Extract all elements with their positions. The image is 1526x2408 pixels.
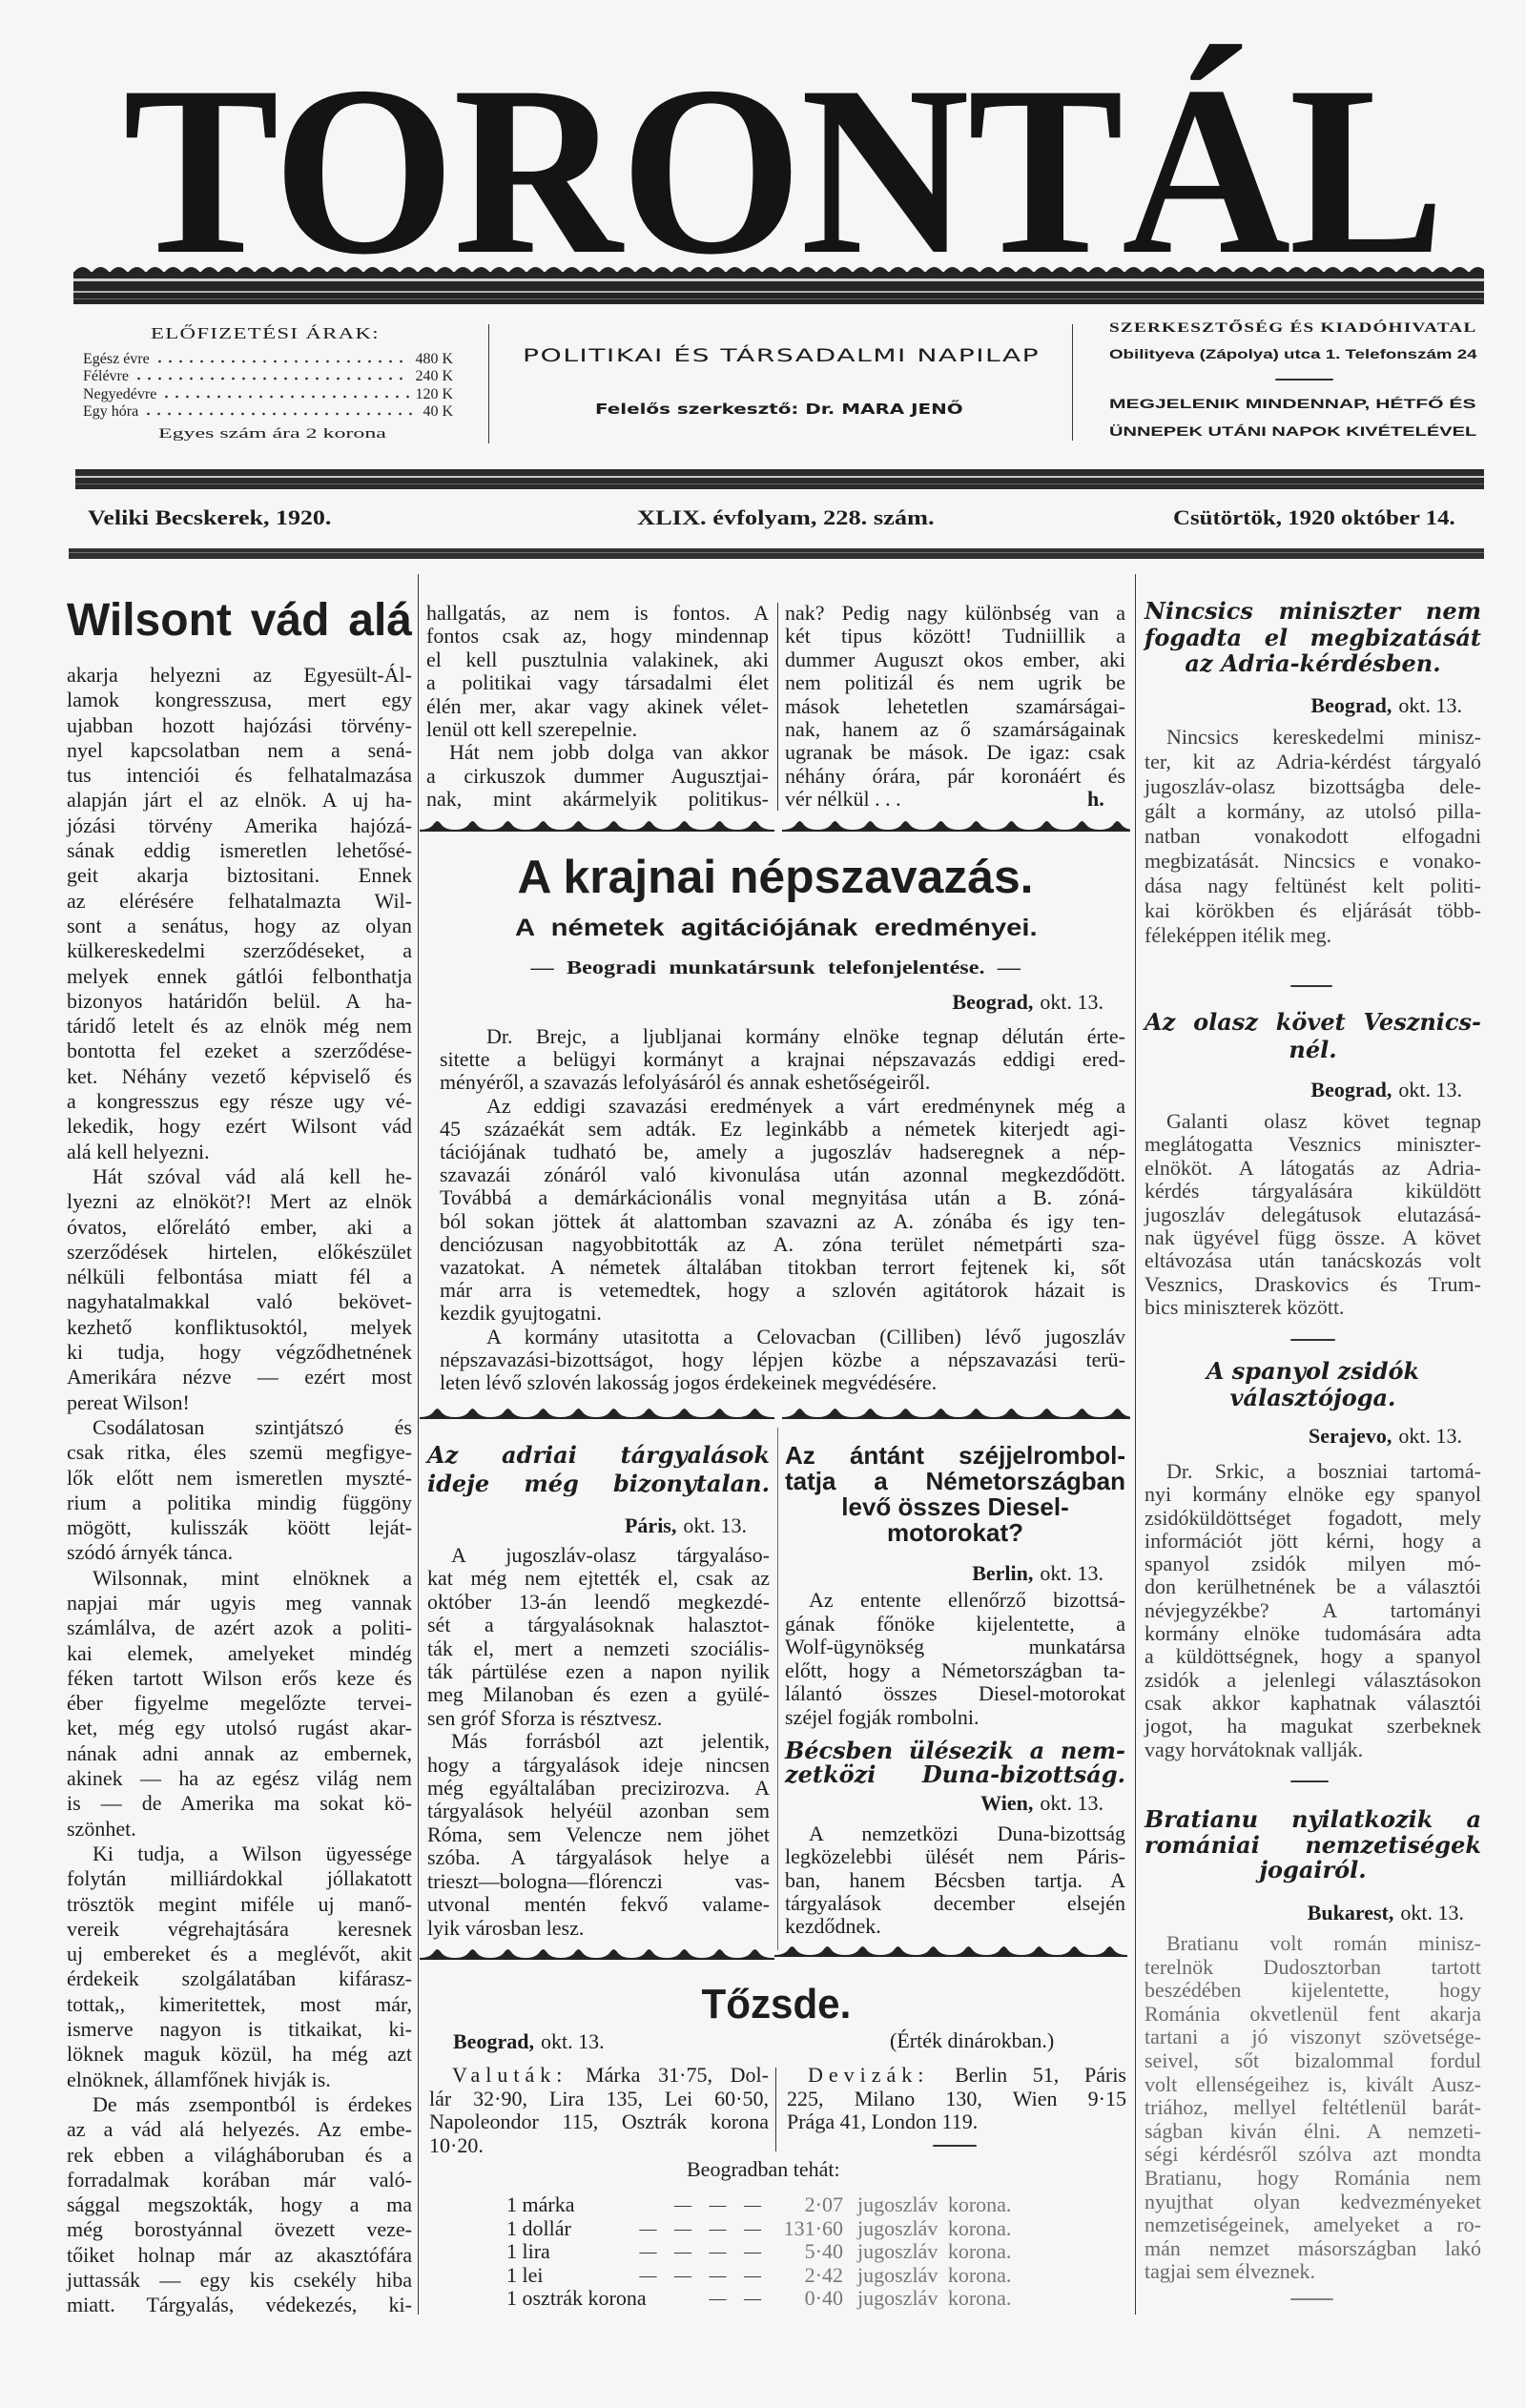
text-line: ságban kiván élni. A nemzeti- [1144,2120,1481,2144]
dateline-stock: Beograd,okt. 13. [453,2030,605,2053]
text-line: szódó árnyék tánca. [67,1540,412,1565]
text-line: Napoleondor 115, Osztrák korona [429,2110,769,2134]
text-line: ták el, mert a nemzeti szociális- [427,1637,770,1660]
text-line: nak ügyével függ össze. A követ [1144,1226,1481,1249]
dateline-date: okt. 13. [1400,1901,1464,1924]
headline-line: A spanyol zsidók [1144,1358,1481,1385]
text-line: eltávozása után tanácskozás volt [1144,1249,1481,1272]
text-line: kezdődnek. [785,1915,1125,1938]
rate-value: 131·60 [784,2217,843,2241]
text-line: Dr. Brejc, a ljubljanai kormány elnöke t… [440,1025,1125,1048]
headline-line: motorokat? [785,1520,1125,1546]
headline-spanyol: A spanyol zsidók választójoga. [1144,1358,1481,1411]
headline-diesel: Az ántánt széjjelrombol- tatja a Németor… [785,1443,1125,1546]
text-line: ták pártülése ezen a napon nyilik [427,1660,770,1683]
article-body-duna: A nemzetközi Duna-bizottságlegközelebbi … [785,1822,1125,1938]
article-body-nincsics: Nincsics kereskedelmi minisz-ter, kit az… [1144,725,1481,948]
text-line: október 13-án leendő megkezdé- [427,1591,770,1614]
text-line: vér nélkül . . . [785,788,1125,811]
dateline-date: okt. 13. [541,2029,605,2053]
paragraph: Az entente ellenőrző bizottsá-gának főnö… [785,1589,1125,1729]
text-line: ból sokan jöttek át alattomban szavazni … [440,1210,1125,1233]
rate-row: 1 dollár — — — — 131·60 jugoszláv korona… [506,2217,1050,2241]
article-body-olasz: Galanti olasz követ tegnapmeglátogatta V… [1144,1110,1481,1320]
stock-summary-heading: Beogradban tehát: [687,2158,840,2181]
stock-devizak: Devizák: Berlin 51, Páris 225, Milano 13… [787,2064,1126,2134]
subscription-heading: ELŐFIZETÉSI ÁRAK: [151,324,380,343]
text-line: lenül ott kell szerepelnie. [426,718,769,741]
text-line: triához, mellyel feltétlenül barát- [1144,2096,1481,2120]
text-line: sét a tárgyalásoknak halasztot- [427,1614,770,1636]
text-line: kérdés tárgyalására kiküldött [1144,1180,1481,1203]
text-line: sen gróf Sforza is résztvesz. [427,1707,770,1730]
stock-valutak: Valuták: Márka 31·75, Dol- lár 32·90, Li… [429,2064,769,2158]
text-line: sának eddig ismeretlen lehetősé- [67,838,412,863]
text-line: ugranak be mások. De igaz: csak [785,741,1125,764]
valutak-values: Márka 31·75, Dol- [586,2063,769,2087]
text-line: nélküli felbontása miatt fél a [67,1265,412,1289]
rate-unit: jugoszláv korona. [857,2193,1011,2217]
text-line: A jugoszláv-olasz tárgyaláso- [427,1544,770,1567]
headline-line: tatja a Németországban [785,1469,1125,1494]
dateline-place: Wien, [980,1791,1033,1815]
text-line: lár 32·90, Lira 135, Lei 60·50, [429,2088,769,2111]
price-period: Egész évre [83,351,150,368]
text-line: miatt. Tárgyalás, védekezés, ki- [67,2293,412,2317]
text-line: még egyáltalában precizirozva. A [427,1777,770,1800]
office-address: Obilityeva (Zápolya) utca 1. Telefonszám… [1109,344,1477,363]
text-line: népszavazási-bizottságot, hogy lépjen kö… [440,1348,1125,1371]
author-signature: h. [1087,788,1104,811]
text-line: Galanti olasz követ tegnap [1144,1110,1481,1133]
text-line: volt ellenségeihez is, kivált Ausz- [1144,2073,1481,2097]
dateline-date: okt. 13. [1040,990,1103,1014]
wavy-separator [774,1945,1127,1957]
dateline-adriai: Páris,okt. 13. [427,1514,747,1537]
price-row: Félévre 240 K [83,368,453,385]
text-line: alapján járt el az elnök. A uj ha- [67,788,412,813]
text-line: mögött, kulisszák köött leját- [67,1515,412,1540]
price-period: Egy hóra [83,403,138,421]
headline-line: Wilsont vád alá [67,598,412,644]
dot-leader [161,389,410,399]
text-line: sággal megszokták, hogy a ma [67,2192,412,2217]
text-line: a kongresszus egy része ugy vé- [67,1089,412,1114]
text-line: vagy horvátoknak vallják. [1144,1739,1481,1761]
text-line: Bratianu volt román minisz- [1144,1932,1481,1956]
rate-currency: 1 lira [506,2240,550,2264]
paragraph: Ki tudja, a Wilson ügyességefolytán mill… [67,1842,412,2092]
text-line: Az eddigi szavazási eredmények a várt er… [440,1095,1125,1118]
text-line: Devizák: Berlin 51, Páris [787,2064,1126,2088]
headline-line: romániai nemzetiségek [1144,1833,1481,1859]
text-line: külkereskedelmi szerződéseket, a [67,938,412,963]
headline-krajnai-wrap: A krajnai népszavazás. [426,854,1125,901]
text-line: dummer Auguszt okos ember, aki [785,648,1125,671]
text-line: geit akarja biztositani. Ennek [67,863,412,888]
headline-line: jogairól. [1144,1858,1481,1883]
text-line: gált a kormány, az utolsó pilla- [1144,799,1481,824]
rate-value: 0·40 [805,2287,843,2311]
rate-row: 1 lira — — — — 5·40 jugoszláv korona. [506,2240,1050,2264]
text-line: néhány órára, pár koronáért és [785,765,1125,788]
text-line: nak? Pedig nagy különbség van a [785,602,1125,625]
text-line: bizonyos határidőn belül. A ha- [67,989,412,1014]
wavy-separator [782,1408,1130,1419]
header-divider [488,324,489,443]
office-heading: SZERKESZTŐSÉG ÉS KIADÓHIVATAL [1109,319,1477,338]
paragraph: Bratianu volt román minisz-terelnök Dudo… [1144,1932,1481,2284]
rate-currency: 1 lei [506,2264,544,2288]
text-line: zsidóküldöttséget fogadott, mely [1144,1507,1481,1530]
text-line: melyek ennek gátlói felbonthatja [67,964,412,989]
rate-currency: 1 osztrák korona [506,2287,647,2311]
responsible-editor: Felelős szerkesztő: Dr. MARA JENŐ [595,400,963,419]
dateline-place: Serajevo, [1309,1424,1392,1448]
rate-leader: — — — — [640,2217,762,2241]
text-line: bontotta fel ezeket a szerződése- [67,1039,412,1063]
price-row: Egész évre 480 K [83,351,453,368]
masthead-ornamental-band [73,264,1484,304]
rate-unit: jugoszláv korona. [857,2287,1011,2311]
text-line: meg Milanoban és ezen a gyülé- [427,1683,770,1706]
text-line: ban, hanem Bécsben tartja. A [785,1869,1125,1892]
dateline-krajnai: Beograd,okt. 13. [440,991,1103,1014]
paragraph: Az eddigi szavazási eredmények a várt er… [440,1095,1125,1326]
text-line: Nincsics kereskedelmi minisz- [1144,725,1481,750]
text-line: csak ritka, éles szemü megfigye- [67,1440,412,1465]
text-line: féken tartott Wilson erős keze és [67,1666,412,1691]
stock-title-wrap: Tőzsde. [426,1984,1125,2026]
short-rule [1275,379,1333,381]
text-line: hallgatás, az nem is fontos. A [426,602,769,625]
wavy-separator [420,1408,774,1419]
text-line: mások lehetetlen szamárságai- [785,695,1125,718]
price-amount: 40 K [423,403,453,421]
text-line: natban vonakodott elfogadni [1144,824,1481,849]
headline-line: Az adriai tárgyalások [427,1441,770,1470]
paragraph: De más zsempontból is érdekesaz a vád al… [67,2092,412,2318]
rate-unit: jugoszláv korona. [857,2264,1011,2288]
price-row: Egy hóra 40 K [83,403,453,421]
headline-line: választójoga. [1144,1385,1481,1411]
text-line: 45 százaékát sem adták. Ez leginkább a n… [440,1118,1125,1141]
text-line: Dr. Srkic, a boszniai tartomá- [1144,1460,1481,1483]
text-line: ket, még egy utolsó rugást akar- [67,1716,412,1740]
text-line: óvatos, előrelátó ember, aki a [67,1215,412,1240]
text-line: kezdik gyujtogatni. [440,1302,1125,1325]
dateline-place: Beograd, [1310,1078,1392,1101]
subheadline-krajnai: A németek agitációjának eredményei. [515,916,1038,940]
dateline-date: okt. 13. [683,1513,747,1537]
rate-value: 2·42 [805,2264,843,2288]
dateline-place: Páris, [625,1513,676,1537]
headline-adriai: Az adriai tárgyalások ideje még bizonyta… [427,1441,770,1498]
text-line: tációjának tudható be, amely a jugoszláv… [440,1141,1125,1163]
text-line: terelnök Dudosztorban tartott [1144,1956,1481,1980]
text-line: A nemzetközi Duna-bizottság [785,1822,1125,1845]
rate-leader: — — [710,2287,762,2311]
rate-row: 1 osztrák korona — — 0·40 jugoszláv koro… [506,2287,1050,2311]
text-line: nak, hanem az ő szamárságainak [785,718,1125,741]
text-line: 10·20. [429,2134,769,2158]
text-line: Románia okvetlenül fent akarja [1144,2003,1481,2027]
text-line: el kell pusztulnia valakinek, aki [426,648,769,671]
price-period: Negyedévre [83,386,156,403]
text-line: tottak,, kimeritettek, most már, [67,1992,412,2017]
text-line: előtt, hogy a Németországban ta- [785,1659,1125,1683]
text-line: napjai már ugyis meg vannak [67,1591,412,1616]
column-divider [777,1428,778,1950]
text-line: hogy a tárgyalások ideje nincsen [427,1754,770,1777]
text-line: rium a politika mindig függöny [67,1491,412,1515]
paragraph: Nincsics kereskedelmi minisz-ter, kit az… [1144,725,1481,948]
dateline-place: Berlin, [972,1561,1033,1585]
paragraph: Dr. Brejc, a ljubljanai kormány elnöke t… [440,1025,1125,1095]
text-line: kormány elnöke tudomására adta [1144,1622,1481,1645]
text-line: a politikai vagy társadalmi élet [426,671,769,694]
headline-line: levő összes Diesel- [785,1494,1125,1520]
text-line: bics miniszterek között. [1144,1296,1481,1319]
dateline-diesel: Berlin,okt. 13. [785,1562,1103,1585]
text-line: két tipus között! Tudniillik a [785,625,1125,648]
valutak-label: Valuták: [452,2063,567,2087]
rate-leader: — — — — [640,2264,762,2288]
text-line: ter, kit az Adria-kérdést tárgyaló [1144,750,1481,774]
text-line: jugoszláv delegátusok elutazásá- [1144,1204,1481,1226]
headline-line: Az olasz követ Vesznics- [1144,1008,1481,1036]
article-body-diesel: Az entente ellenőrző bizottsá-gának főnö… [785,1589,1125,1729]
paragraph: Hát nem jobb dolga van akkora cirkuszok … [426,741,769,811]
paragraph: Dr. Srkic, a boszniai tartomá-nyi kormán… [1144,1460,1481,1761]
short-rule [933,2145,977,2147]
headline-duna: Bécsben ülésezik a nem- zetközi Duna-biz… [785,1739,1125,1786]
text-line: nem politizál és nem ugrik be [785,671,1125,694]
text-line: pereat Wilson! [67,1390,412,1415]
headline-wilson: Wilsont vád alá [67,598,412,644]
rate-leader: — — — [674,2193,761,2217]
text-line: vereik végrehajtására keresnek [67,1917,412,1942]
dateline-bratianu: Bukarest,okt. 13. [1144,1902,1464,1924]
masthead-title: TORONTÁL [123,50,1443,292]
paragraph: nak? Pedig nagy különbség van akét tipus… [785,602,1125,812]
text-line: nyi kormány elnöke egy spanyol [1144,1483,1481,1506]
text-line: forradalmak korában már való- [67,2168,412,2192]
text-line: zsidók a jelenlegi választásokon [1144,1669,1481,1692]
headline-line: Nincsics miniszter nem [1144,598,1481,625]
text-line: csak akkor kaphatnak választói [1144,1692,1481,1715]
text-line: Amerikára nézve — ezért most [67,1365,412,1389]
text-line: ket. Néhány vezető képviselő és [67,1064,412,1089]
headline-line: az Adria-kérdésben. [1144,650,1481,677]
text-line: elnököt. A látogatás az Adria- [1144,1157,1481,1180]
headline-line: Az ántánt széjjelrombol- [785,1443,1125,1469]
issue-volume-number: XLIX. évfolyam, 228. szám. [637,505,935,530]
text-line: gának főnöke kijelentette, a [785,1613,1125,1636]
article-body-wilson-col2: hallgatás, az nem is fontos. Afontos csa… [426,602,769,812]
masthead-band [69,548,1484,559]
text-line: lők előtt nem ismeretlen myszté- [67,1466,412,1491]
text-line: uj embereket és a meglévőt, akit [67,1942,412,1966]
text-line: akinek — ha az egész világ nem [67,1766,412,1791]
text-line: tartani a jó viszonyt szövetsége- [1144,2026,1481,2049]
text-line: Csodálatosan szintjátszó és [67,1415,412,1440]
text-line: éber figyelme megelőzte tervei- [67,1691,412,1716]
text-line: alá kell helyezni. [67,1140,412,1164]
text-line: sont a senátus, hogy az olyan [67,914,412,938]
dateline-date: okt. 13. [1040,1561,1103,1585]
text-line: Hát szóval vád alá kell he- [67,1164,412,1189]
text-line: denciózusan nagyobbitották az A. zóna te… [440,1233,1125,1256]
paragraph: Más forrásból azt jelentik,hogy a tárgya… [427,1730,770,1940]
article-body-adriai: A jugoszláv-olasz tárgyaláso-kat még nem… [427,1544,770,1940]
text-line: tárgyalások december elsején [785,1892,1125,1915]
text-line: a cirkuszok dummer Augusztjai- [426,765,769,788]
text-line: don kerülhetnének be a választói [1144,1575,1481,1598]
text-line: lamok kongresszusa, mert egy [67,688,412,712]
dateline-olasz: Beograd,okt. 13. [1144,1079,1462,1101]
headline-line: Bécsben ülésezik a nem- [785,1739,1125,1762]
dateline-place: Beograd, [952,990,1033,1014]
headline-bratianu: Bratianu nyilatkozik a romániai nemzetis… [1144,1807,1481,1883]
stock-title: Tőzsde. [701,1984,851,2026]
column-divider [777,603,778,811]
headline-line: fogadta el megbizatását [1144,625,1481,651]
text-line: lyezni az elnököt?! Mert az elnök [67,1189,412,1214]
headline-line: ideje még bizonytalan. [427,1470,770,1498]
text-line: Vesznics, Draskovics és Trum- [1144,1273,1481,1296]
dateline-spanyol: Serajevo,okt. 13. [1144,1425,1462,1448]
text-line: a küldöttségnek, hogy a spanyol [1144,1645,1481,1668]
price-amount: 480 K [415,351,453,368]
text-line: ségi kérdésről szólva azt mondta [1144,2143,1481,2167]
text-line: Ki tudja, a Wilson ügyessége [67,1842,412,1866]
price-row: Negyedévre 120 K [83,386,453,403]
text-line: Valuták: Márka 31·75, Dol- [429,2064,769,2088]
headline-line: nél. [1144,1036,1481,1063]
newspaper-front-page: TORONTÁL ELŐFIZETÉSI ÁRAK: Egész évre 48… [0,0,1526,2408]
text-line: jogot, ha magukat szerbeknek [1144,1715,1481,1738]
text-line: kat még nem ejtették el, csak az [427,1567,770,1590]
text-line: szönhet. [67,1817,412,1842]
text-line: szóba. A tárgyalások helye a [427,1846,770,1869]
paragraph: Hát szóval vád alá kell he-lyezni az eln… [67,1164,412,1415]
text-line: tárgyalások helyéül azonban sem [427,1800,770,1822]
text-line: kai körökben és eljárását több- [1144,898,1481,923]
rate-leader: — — — — [640,2240,762,2264]
text-line: számlálva, de azért azok a politi- [67,1616,412,1640]
stock-divider [775,2068,776,2151]
issue-date: Csütörtök, 1920 október 14. [1173,505,1455,530]
text-line: rek ebben a világháboruban és a [67,2143,412,2168]
headline-olasz: Az olasz követ Vesznics- nél. [1144,1008,1481,1063]
rate-currency: 1 márka [506,2193,574,2217]
text-line: ki tudja, hogy végződhetnének [67,1340,412,1365]
text-line: szerződések hirtelen, előkészület [67,1240,412,1265]
text-line: Bratianu, hogy Románia nem [1144,2167,1481,2191]
paragraph: Wilsonnak, mint elnöknek anapjai már ugy… [67,1566,412,1842]
dateline-place: Bukarest, [1308,1901,1394,1924]
text-line: spanyol zsidók milyen mó- [1144,1553,1481,1575]
text-line: nyel kapcsolatban nem a sená- [67,738,412,763]
subheadline-wrap: A németek agitációjának eredményei. [426,916,1125,940]
paragraph: A jugoszláv-olasz tárgyaláso-kat még nem… [427,1544,770,1730]
text-line: tus intenciói és felhatalmazása [67,763,412,788]
price-amount: 240 K [415,368,453,385]
header-divider [1072,324,1073,441]
devizak-label: Devizák: [808,2063,929,2087]
text-line: Továbbá a demárkácionális vonal megnyitá… [440,1186,1125,1209]
rate-row: 1 márka — — — 2·07 jugoszláv korona. [506,2193,1050,2217]
text-line: utvonal mentén fekvő valame- [427,1893,770,1916]
stock-currency-note: (Érték dinárokban.) [890,2029,1054,2052]
text-line: lálantó összes Diesel-motorokat [785,1682,1125,1706]
text-line: nak, mint akármelyik politikus- [426,788,769,811]
price-amount: 120 K [415,386,453,403]
rate-unit: jugoszláv korona. [857,2240,1011,2264]
dateline-place: Beograd, [1310,693,1392,717]
paragraph: A nemzetközi Duna-bizottságlegközelebbi … [785,1822,1125,1938]
subscription-price-list: Egész évre 480 K Félévre 240 K Negyedévr… [83,351,453,422]
dot-leader [155,354,411,363]
rate-value: 2·07 [805,2193,843,2217]
text-line: jugoszláv-olasz bizottságba dele- [1144,774,1481,799]
paragraph: Galanti olasz követ tegnapmeglátogatta V… [1144,1110,1481,1320]
price-period: Félévre [83,368,129,385]
text-line: józási törvény Amerika hajózá- [67,813,412,838]
column-divider [418,574,419,2315]
byline-krajnai: — Beogradi munkatársunk telefonjelentése… [531,957,1021,978]
text-line: akarja helyezni az Egyesült-Ál- [67,663,412,688]
dateline-nincsics: Beograd,okt. 13. [1144,694,1462,717]
text-line: nának adni annak az embernek, [67,1741,412,1766]
wavy-separator [420,1948,774,1960]
text-line: fontos csak az, hogy mindennap [426,625,769,648]
text-line: kezhető konfliktusoktól, melyek [67,1315,412,1340]
dateline-duna: Wien,okt. 13. [785,1792,1103,1815]
issue-place-year: Veliki Becskerek, 1920. [88,505,331,530]
text-line: 225, Milano 130, Wien 9·15 [787,2088,1126,2111]
text-line: juttassák — egy kis csekély hiba [67,2268,412,2293]
text-line: ismerve nagyon is titkaikat, ki- [67,2017,412,2042]
article-body-krajnai: Dr. Brejc, a ljubljanai kormány elnöke t… [440,1025,1125,1394]
text-line: nagyhatalmakkal való bekövet- [67,1289,412,1314]
single-copy-price: Egyes szám ára 2 korona [158,425,386,442]
text-line: Róma, sem Velencze nem jöhet [427,1823,770,1846]
paragraph: hallgatás, az nem is fontos. Afontos csa… [426,602,769,741]
publication-schedule: MEGJELENIK MINDENNAP, HÉTFŐ ÉS [1109,394,1476,413]
dateline-date: okt. 13. [1398,693,1462,717]
devizak-values: Berlin 51, Páris [955,2063,1126,2087]
text-line: az a vád alá helyezés. Az embe- [67,2117,412,2142]
dot-leader [143,406,418,416]
text-line: Prága 41, London 119. [787,2110,1126,2134]
text-line: legközelebbi ülését nem Páris- [785,1845,1125,1868]
rate-currency: 1 dollár [506,2217,571,2241]
text-line: nyujthat olyan kedvezményeket [1144,2191,1481,2214]
dateline-date: okt. 13. [1398,1424,1462,1448]
text-line: féleképpen itélik meg. [1144,923,1481,948]
masthead-band [75,469,1484,489]
wavy-separator [782,820,1130,832]
text-line: névjegyzékbe? A tartományi [1144,1599,1481,1622]
text-line: vazatokat. A németek általában titokban … [440,1256,1125,1279]
wavy-separator [420,820,774,832]
text-line: dása nagy feltünést kelt politi- [1144,874,1481,898]
text-line: Hát nem jobb dolga van akkor [426,741,769,764]
text-line: széjel fogják rombolni. [785,1706,1125,1730]
rate-unit: jugoszláv korona. [857,2217,1011,2241]
